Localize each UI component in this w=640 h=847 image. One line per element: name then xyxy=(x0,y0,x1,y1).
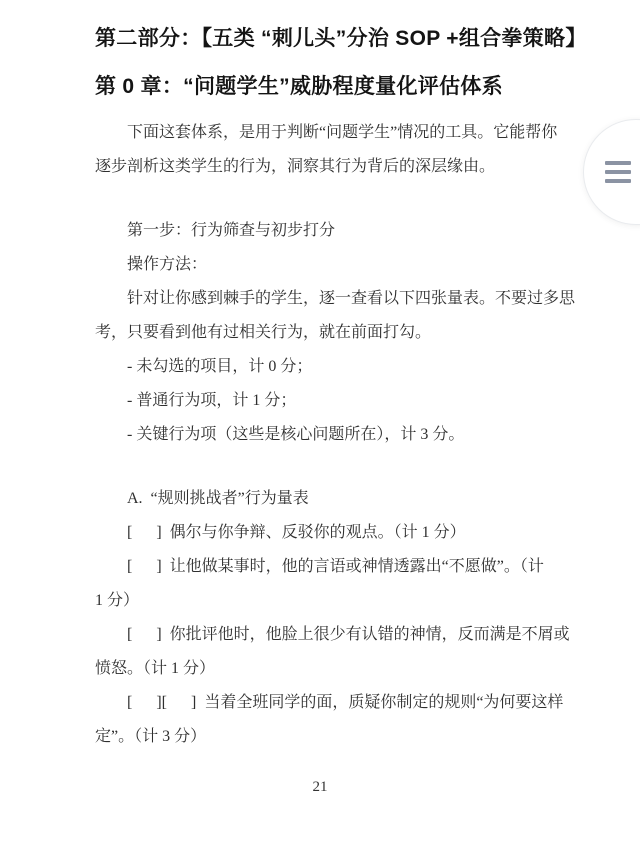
page-number: 21 xyxy=(0,776,640,798)
text-line: 考，只要看到他有过相关行为，就在前面打勾。 xyxy=(95,316,545,350)
text-line: A. “规则挑战者”行为量表 xyxy=(95,482,545,516)
text-line: 下面这套体系，是用于判断“问题学生”情况的工具。它能帮你 xyxy=(95,116,545,150)
line-gap xyxy=(95,184,545,214)
text-line: 1 分） xyxy=(95,584,545,618)
text-line: - 关键行为项（这些是核心问题所在），计 3 分。 xyxy=(95,418,545,452)
text-line: 针对让你感到棘手的学生，逐一查看以下四张量表。不要过多思 xyxy=(95,282,545,316)
text-line: - 未勾选的项目，计 0 分； xyxy=(95,350,545,384)
content-lines: 下面这套体系，是用于判断“问题学生”情况的工具。它能帮你逐步剖析这类学生的行为，… xyxy=(95,116,545,754)
text-line: 愤怒。（计 1 分） xyxy=(95,652,545,686)
line-gap xyxy=(95,452,545,482)
hamburger-bar xyxy=(605,170,631,174)
text-line: [ ][ ] 当着全班同学的面，质疑你制定的规则“为何要这样 xyxy=(95,686,545,720)
text-line: [ ] 让他做某事时，他的言语或神情透露出“不愿做”。（计 xyxy=(95,550,545,584)
hamburger-bar xyxy=(605,179,631,183)
text-line: 操作方法： xyxy=(95,248,545,282)
text-line: - 普通行为项，计 1 分； xyxy=(95,384,545,418)
screen: { "page": { "heading_part": "第二部分：【五类 “刺… xyxy=(0,0,640,847)
hamburger-icon xyxy=(605,161,631,183)
text-line: [ ] 你批评他时，他脸上很少有认错的神情，反而满是不屑或 xyxy=(95,618,545,652)
text-line: 定”。（计 3 分） xyxy=(95,720,545,754)
part-heading: 第二部分：【五类 “刺儿头”分治 SOP +组合拳策略】 xyxy=(95,24,545,54)
hamburger-bar xyxy=(605,161,631,165)
text-line: 逐步剖析这类学生的行为，洞察其行为背后的深层缘由。 xyxy=(95,150,545,184)
text-line: 第一步：行为筛查与初步打分 xyxy=(95,214,545,248)
text-line: [ ] 偶尔与你争辩、反驳你的观点。（计 1 分） xyxy=(95,516,545,550)
chapter-heading: 第 0 章：“问题学生”威胁程度量化评估体系 xyxy=(95,72,545,102)
document-page: 第二部分：【五类 “刺儿头”分治 SOP +组合拳策略】 第 0 章：“问题学生… xyxy=(0,0,640,847)
